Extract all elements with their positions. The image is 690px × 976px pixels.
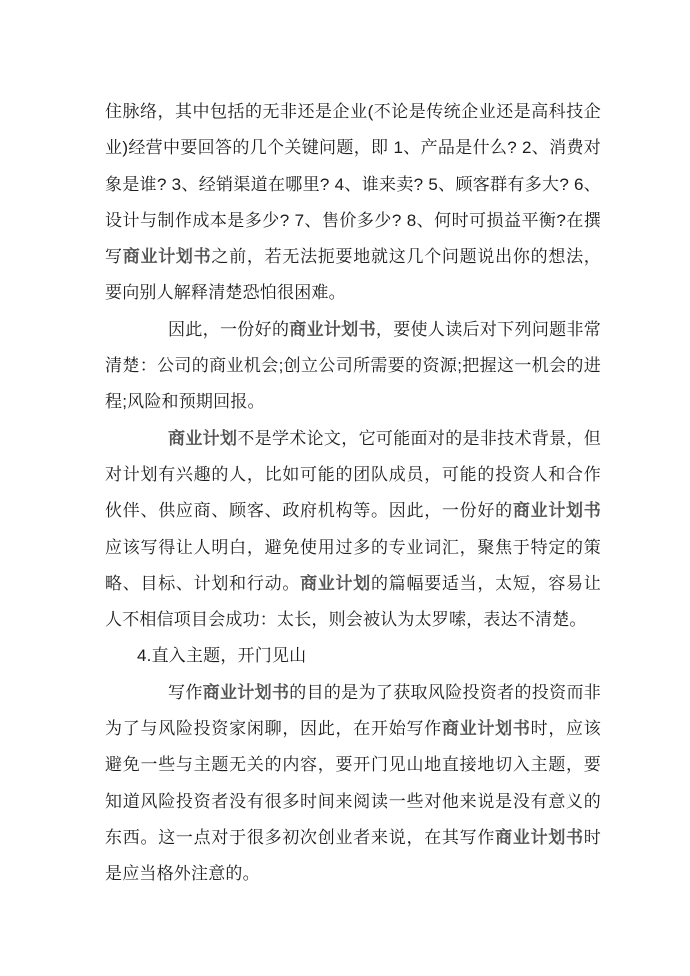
document-page: { "page": { "background": "#ffffff", "te… (0, 0, 690, 976)
paragraph-not-academic: 商业计划不是学术论文，它可能面对的是非技术背景，但对计划有兴趣的人，比如可能的团… (105, 421, 601, 639)
text-run: 4.直入主题，开门见山 (137, 646, 306, 665)
paragraph-good-plan: 因此，一份好的商业计划书，要使人读后对下列问题非常清楚：公司的商业机会;创立公司… (105, 312, 601, 421)
keyword-business-plan: 商业计划书 (513, 501, 601, 520)
keyword-business-plan: 商业计划书 (289, 320, 376, 339)
paragraph-get-to-point: 写作商业计划书的目的是为了获取风险投资者的投资而非为了与风险投资家闲聊，因此，在… (105, 675, 601, 893)
text-run: 因此，一份好的 (168, 320, 289, 339)
text-run: 住脉络，其中包括的无非还是企业(不论是传统企业还是高科技企业)经营中要回答的几个… (105, 102, 601, 266)
keyword-business-plan: 商业计划书 (203, 683, 290, 702)
keyword-business-plan: 商业计划书 (123, 247, 212, 266)
text-run: 写作 (168, 683, 203, 702)
document-body: 住脉络，其中包括的无非还是企业(不论是传统企业还是高科技企业)经营中要回答的几个… (105, 94, 601, 893)
paragraph-continuation: 住脉络，其中包括的无非还是企业(不论是传统企业还是高科技企业)经营中要回答的几个… (105, 94, 601, 312)
heading-section-4: 4.直入主题，开门见山 (105, 638, 601, 674)
keyword-business-plan: 商业计划书 (442, 719, 531, 738)
keyword-business-plan: 商业计划 (300, 574, 371, 593)
keyword-business-plan: 商业计划书 (495, 828, 584, 847)
keyword-business-plan: 商业计划 (168, 429, 237, 448)
